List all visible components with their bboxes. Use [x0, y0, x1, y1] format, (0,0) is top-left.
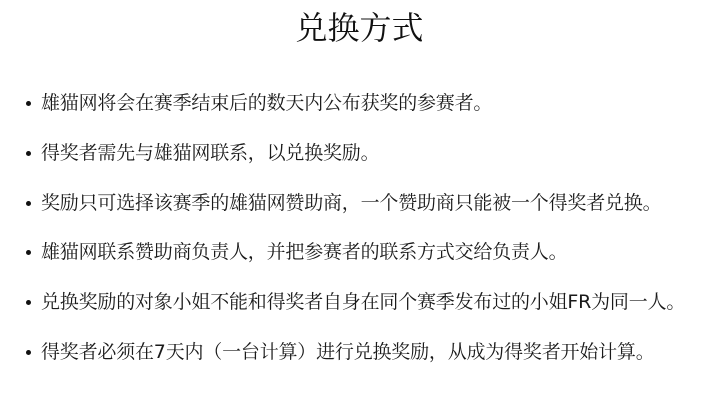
bullet-list: 雄猫网将会在赛季结束后的数天内公布获奖的参赛者。 得奖者需先与雄猫网联系，以兑换…	[0, 88, 719, 387]
bullet-dot-icon	[26, 151, 31, 156]
bullet-text: 得奖者必须在7天内（一台计算）进行兑换奖励，从成为得奖者开始计算。	[41, 337, 655, 367]
bullet-text: 雄猫网将会在赛季结束后的数天内公布获奖的参赛者。	[41, 88, 492, 118]
bullet-text: 雄猫网联系赞助商负责人，并把参赛者的联系方式交给负责人。	[41, 237, 567, 267]
bullet-dot-icon	[26, 201, 31, 206]
bullet-dot-icon	[26, 350, 31, 355]
slide-title: 兑换方式	[0, 8, 719, 48]
bullet-item-6: 得奖者必须在7天内（一台计算）进行兑换奖励，从成为得奖者开始计算。	[0, 337, 719, 387]
bullet-dot-icon	[26, 300, 31, 305]
bullet-item-1: 雄猫网将会在赛季结束后的数天内公布获奖的参赛者。	[0, 88, 719, 138]
bullet-dot-icon	[26, 101, 31, 106]
bullet-text: 奖励只可选择该赛季的雄猫网赞助商，一个赞助商只能被一个得奖者兑换。	[41, 188, 661, 218]
bullet-item-3: 奖励只可选择该赛季的雄猫网赞助商，一个赞助商只能被一个得奖者兑换。	[0, 188, 719, 238]
bullet-text: 兑换奖励的对象小姐不能和得奖者自身在同个赛季发布过的小姐FR为同一人。	[41, 287, 685, 317]
bullet-item-2: 得奖者需先与雄猫网联系，以兑换奖励。	[0, 138, 719, 188]
bullet-text: 得奖者需先与雄猫网联系，以兑换奖励。	[41, 138, 379, 168]
bullet-item-5: 兑换奖励的对象小姐不能和得奖者自身在同个赛季发布过的小姐FR为同一人。	[0, 287, 719, 337]
bullet-dot-icon	[26, 250, 31, 255]
bullet-item-4: 雄猫网联系赞助商负责人，并把参赛者的联系方式交给负责人。	[0, 237, 719, 287]
